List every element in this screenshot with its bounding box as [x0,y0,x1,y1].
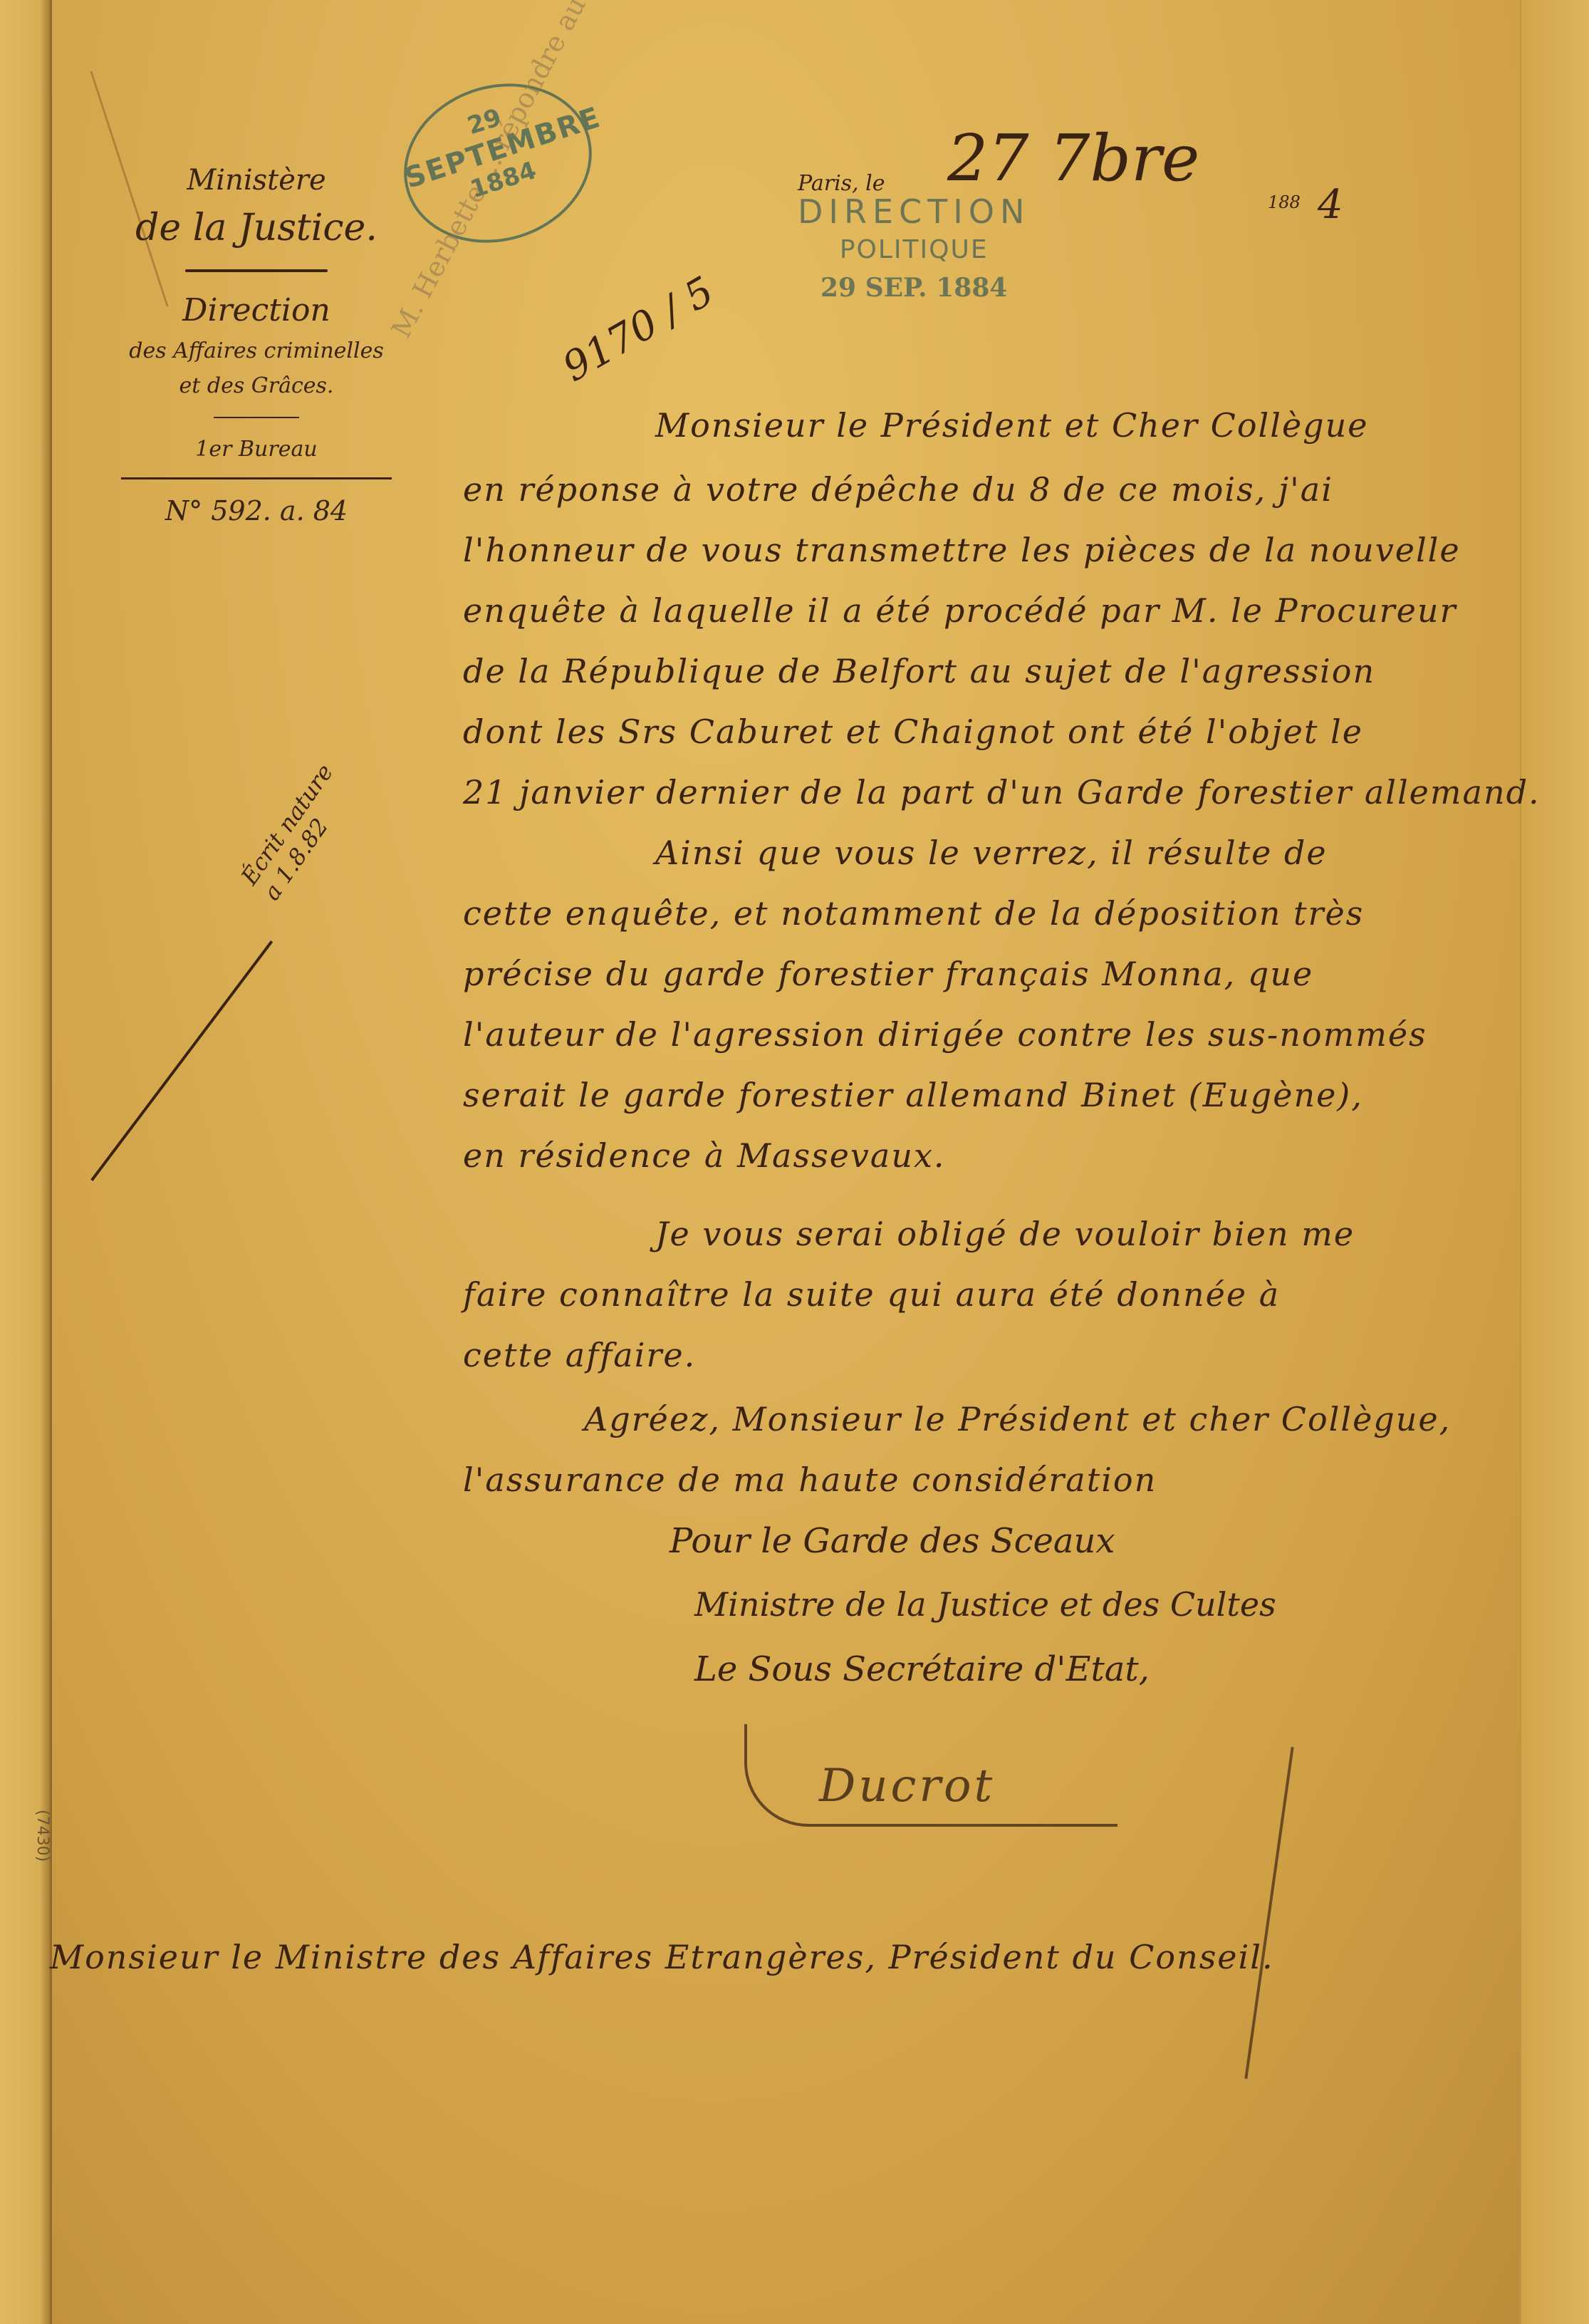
direction-politique-stamp: DIRECTION POLITIQUE 29 SEP. 1884 [798,192,1030,303]
closing-line3: Le Sous Secrétaire d'Etat, [694,1649,1150,1689]
letterhead: Ministère de la Justice. Direction des A… [107,164,406,526]
signature-tail [1244,1747,1293,2079]
body-line: enquête à laquelle il a été procédé par … [463,591,1457,630]
dateline-day: 27 7bre [947,121,1199,196]
body-line: serait le garde forestier allemand Binet… [463,1076,1363,1114]
dateline-year-handwritten: 4 [1318,182,1343,228]
reference-number: N° 592. a. 84 [107,495,406,526]
dateline-year-printed: 188 [1268,192,1301,212]
side-note: Écrit nature a 1.8.82 [236,759,360,905]
divider-short [214,417,299,418]
stamp-politique: POLITIQUE [798,235,1030,264]
body-line: l'assurance de ma haute considération [463,1461,1157,1499]
stamp-direction: DIRECTION [798,192,1030,231]
divider-long [121,477,392,479]
ministry-line2: de la Justice. [107,207,406,249]
body-line: 21 janvier dernier de la part d'un Garde… [463,773,1541,811]
body-line: l'honneur de vous transmettre les pièces… [463,531,1461,569]
bureau-label: 1er Bureau [107,437,406,462]
direction-sub2: et des Grâces. [107,373,406,398]
body-line: Ainsi que vous le verrez, il résulte de [655,834,1328,872]
body-line: cette enquête, et notamment de la déposi… [463,894,1364,933]
page-right-edge [1520,0,1589,2324]
signature: Ducrot [819,1760,995,1812]
direction-sub1: des Affaires criminelles [107,338,406,363]
stamp-date: 29 SEP. 1884 [798,273,1030,303]
diagonal-margin-stroke [90,940,273,1181]
addressee: Monsieur le Ministre des Affaires Etrang… [50,1938,1274,1976]
body-line: en réponse à votre dépêche du 8 de ce mo… [463,470,1333,509]
body-line: en résidence à Massevaux. [463,1136,946,1175]
letter-page: Ministère de la Justice. Direction des A… [0,0,1589,2324]
body-line: précise du garde forestier français Monn… [463,955,1313,993]
body-line: cette affaire. [463,1336,696,1374]
ornamental-rule [185,269,328,272]
printer-mark: (7430) [33,1810,51,1862]
body-line: Agréez, Monsieur le Président et cher Co… [584,1400,1451,1438]
body-line: Je vous serai obligé de vouloir bien me [655,1215,1355,1253]
body-line: l'auteur de l'agression dirigée contre l… [463,1015,1427,1054]
body-line: faire connaître la suite qui aura été do… [463,1275,1280,1314]
direction-title: Direction [107,292,406,328]
binding-edge [0,0,52,2324]
salutation: Monsieur le Président et Cher Collègue [655,406,1368,445]
dateline-place: Paris, le [798,171,885,196]
registry-number: 9170 / 5 [555,268,721,391]
body-line: dont les Srs Caburet et Chaignot ont été… [463,712,1363,751]
closing-line1: Pour le Garde des Sceaux [670,1521,1115,1561]
ministry-line1: Ministère [107,164,406,197]
body-line: de la République de Belfort au sujet de … [463,652,1375,690]
closing-line2: Ministre de la Justice et des Cultes [694,1585,1276,1624]
